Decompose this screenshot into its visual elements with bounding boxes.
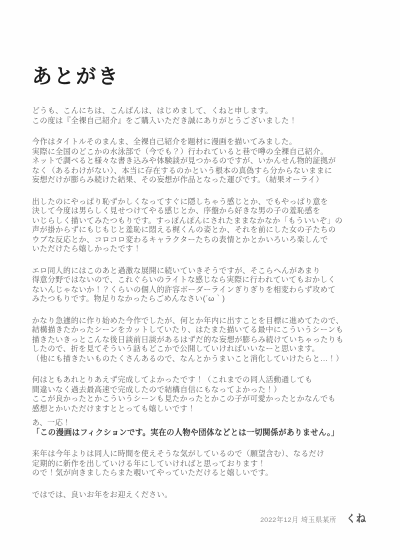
afterword-page: あとがき どうも、こんにちは、こんばんは、はじめまして、くねと申します。 この度… — [0, 0, 400, 560]
tone-notes-paragraph: エロ同人的にはこのあと過激な展開に続いていきそうですが、そこらへんがあまり 得意… — [32, 266, 370, 304]
page-title: あとがき — [32, 60, 370, 89]
completion-paragraph: 何はともあれとりあえず完成してよかったです！（これまでの同人活動通しても 間違い… — [32, 375, 370, 413]
disclaimer-intro: あ、一応！ — [32, 418, 370, 428]
next-year-paragraph: 来年は今年よりは同人に時間を使えそうな気がしているので（願望含む）、なるだけ 定… — [32, 449, 370, 478]
date-place: 2022年12月 埼玉県某所 — [260, 517, 336, 524]
story-notes-paragraph: 出したのにやっぱり恥ずかしくなってすぐに隠しちゃう感じとか、でもやっぱり意を 決… — [32, 197, 370, 254]
greeting-paragraph: どうも、こんにちは、こんばんは、はじめまして、くねと申します。 この度は『全裸自… — [32, 106, 370, 125]
author-name: くね — [346, 514, 366, 525]
closing-line: ではでは、良いお年をお迎えください。 — [32, 490, 370, 500]
fiction-disclaimer-block: あ、一応！ 「この漫画はフィクションです。実在の人物や団体などとは一切関係があり… — [32, 418, 370, 437]
signature-line: 2022年12月 埼玉県某所 くね — [32, 509, 370, 527]
production-notes-paragraph: かなり急遽的に作り始めた今作でしたが、何とか年内に出すことを目標に進めてたので、… — [32, 316, 370, 364]
concept-paragraph: 今作はタイトルそのまんま、全裸自己紹介を題材に漫画を描いてみました。 実際に全国… — [32, 137, 370, 185]
fiction-disclaimer: 「この漫画はフィクションです。実在の人物や団体などとは一切関係がありません。」 — [32, 428, 370, 438]
